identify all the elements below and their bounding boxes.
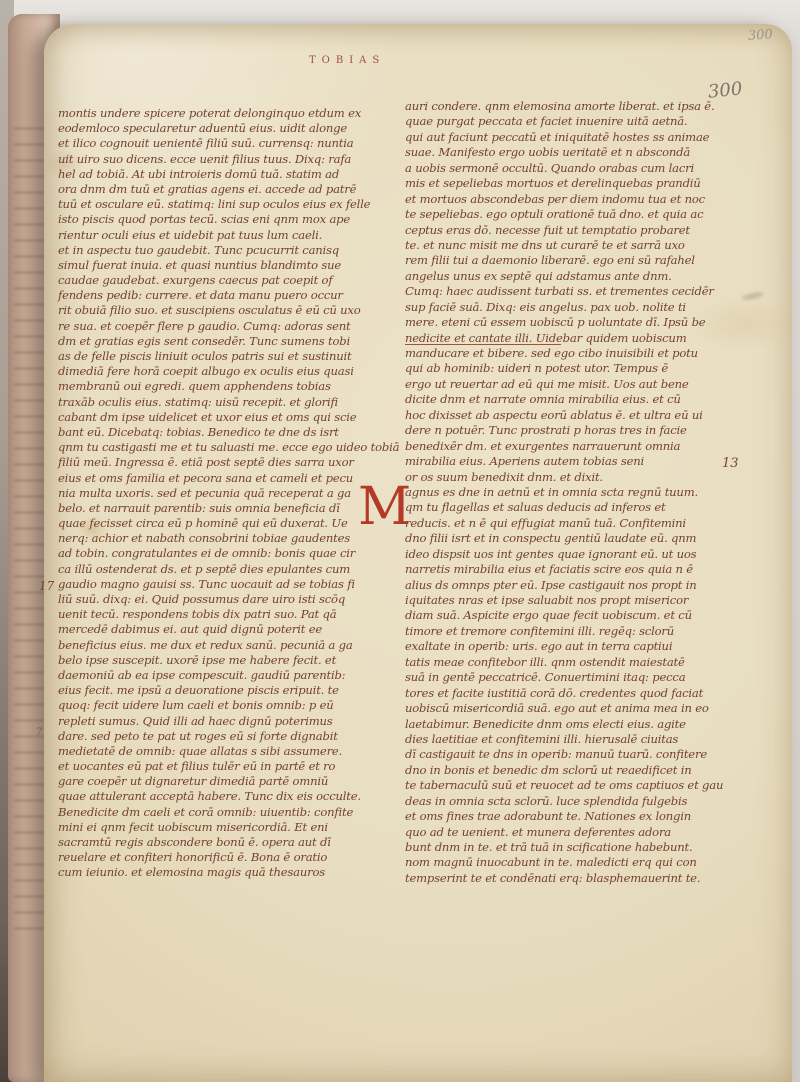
manuscript-line: dere n potuēr. Tunc prostrati p horas tr… <box>405 423 745 438</box>
manuscript-line: agnus es dne in aetnū et in omnia scta r… <box>405 485 745 500</box>
manuscript-line: tuū et osculare eū. statimq: lini sup oc… <box>58 197 394 212</box>
manuscript-line: beneficius eius. me dux et redux sanū. p… <box>58 638 394 653</box>
manuscript-line: et mortuos abscondebas per diem indomu t… <box>405 192 745 207</box>
manuscript-line: reducis. et n ē qui effugiat manū tuā. C… <box>405 516 745 531</box>
text-column-left: montis undere spicere poterat delonginqu… <box>58 106 394 881</box>
manuscript-line: isto piscis quod portas tecū. scias eni … <box>58 212 394 227</box>
manuscript-line: deas in omnia scta sclorū. luce splendid… <box>405 794 745 809</box>
margin-chapter-number-left: 17 <box>39 579 54 593</box>
manuscript-line: uit uiro suo dicens. ecce uenit filius t… <box>58 152 394 167</box>
manuscript-line: tempserint te et condēnati erq: blasphem… <box>405 871 745 886</box>
manuscript-line: medietatē de omnib: quae allatas s sibi … <box>58 744 394 759</box>
manuscript-line: iquitates nras et ipse saluabit nos prop… <box>405 593 745 608</box>
manuscript-line: laetabimur. Benedicite dnm oms electi ei… <box>405 717 745 732</box>
manuscript-line: gare coepēr ut dignaretur dimediā partē … <box>58 774 394 789</box>
manuscript-line: rientur oculi eius et uidebit pat tuus l… <box>58 228 394 243</box>
manuscript-line: filiū meū. Ingressa ē. etiā post septē d… <box>58 455 394 470</box>
gutter-showthrough-text <box>14 120 44 940</box>
manuscript-line: dare. sed peto te pat ut roges eū si for… <box>58 729 394 744</box>
manuscript-line: bunt dnm in te. et trā tuā in scificatio… <box>405 840 745 855</box>
manuscript-line: membranū oui egredi. quem apphendens tob… <box>58 379 394 394</box>
manuscript-line: bant eū. Dicebatq: tobias. Benedico te d… <box>58 425 394 440</box>
manuscript-line: dno filii isrt et in conspectu gentiū la… <box>405 531 745 546</box>
manuscript-line: dm et gratias egis sent consedēr. Tunc s… <box>58 334 394 349</box>
manuscript-line: suae. Manifesto ergo uobis ueritatē et n… <box>405 145 745 160</box>
manuscript-line: quae fecisset circa eū p hominē qui eū d… <box>58 516 394 531</box>
manuscript-line: repleti sumus. Quid illi ad haec dignū p… <box>58 714 394 729</box>
manuscript-line: dī castigauit te dns in operib: manuū tu… <box>405 747 745 762</box>
manuscript-line: dimediā fere horā coepit albugo ex oculi… <box>58 364 394 379</box>
manuscript-line: quoq: fecit uidere lum caeli et bonis om… <box>58 698 394 713</box>
manuscript-line: et ilico cognouit uenientē filiū suū. cu… <box>58 136 394 151</box>
manuscript-line: tores et facite iustitiā corā dō. creden… <box>405 686 745 701</box>
manuscript-line: et oms fines trae adorabunt te. Nationes… <box>405 809 745 824</box>
manuscript-line: as de felle piscis liniuit oculos patris… <box>58 349 394 364</box>
manuscript-line: ad tobin. congratulantes ei de omnib: bo… <box>58 546 394 561</box>
manuscript-line: nom magnū inuocabunt in te. maledicti er… <box>405 855 745 870</box>
manuscript-line: nerq: achior et nabath consobrini tobiae… <box>58 531 394 546</box>
manuscript-line: quae purgat peccata et faciet inuenire u… <box>405 114 745 129</box>
manuscript-line: mercedē dabimus ei. aut quid dignū poter… <box>58 622 394 637</box>
manuscript-line: hel ad tobiā. At ubi introieris domū tuā… <box>58 167 394 182</box>
manuscript-line: uobiscū misericordiā suā. ego aut et ani… <box>405 701 745 716</box>
manuscript-line: qui aut faciunt peccatū et iniquitatē ho… <box>405 130 745 145</box>
manuscript-line: uenit tecū. respondens tobis dix patri s… <box>58 607 394 622</box>
manuscript-line: benedixēr dm. et exurgentes narrauerunt … <box>405 439 745 454</box>
manuscript-line: ceptus eras dō. necesse fuit ut temptati… <box>405 223 745 238</box>
manuscript-line: reuelare et confiteri honorificū ē. Bona… <box>58 850 394 865</box>
manuscript-line: timore et tremore confitemini illi. regē… <box>405 624 745 639</box>
manuscript-line: daemoniū ab ea ipse compescuit. gaudiū p… <box>58 668 394 683</box>
manuscript-line: qnm tu castigasti me et tu saluasti me. … <box>58 440 394 455</box>
chapter-13-initial-M: M <box>358 484 411 532</box>
manuscript-line: hoc dixisset ab aspectu eorū ablatus ē. … <box>405 408 745 423</box>
manuscript-line: eodemloco specularetur aduentū eius. uid… <box>58 121 394 136</box>
manuscript-line: ergo ut reuertar ad eū qui me misit. Uos… <box>405 377 745 392</box>
folio-number-pencil: 300 <box>748 27 774 44</box>
manuscript-line: belo ipse suscepit. uxorē ipse me habere… <box>58 653 394 668</box>
manuscript-line: dno in bonis et benedic dm sclorū ut rea… <box>405 763 745 778</box>
manuscript-line: rit obuiā filio suo. et suscipiens oscul… <box>58 303 394 318</box>
manuscript-line: cum ieiunio. et elemosina magis quā thes… <box>58 865 394 880</box>
manuscript-line: Cumq: haec audissent turbati ss. et trem… <box>405 284 745 299</box>
manuscript-line: belo. et narrauit parentib: suis omnia b… <box>58 501 394 516</box>
manuscript-line: montis undere spicere poterat delonginqu… <box>58 106 394 121</box>
manuscript-line: gaudio magno gauisi ss. Tunc uocauit ad … <box>58 577 394 592</box>
manuscript-line: mirabilia eius. Aperiens autem tobias se… <box>405 454 745 469</box>
manuscript-line: fendens pedib: currere. et data manu pue… <box>58 288 394 303</box>
manuscript-line: or os suum benedixit dnm. et dixit. <box>405 470 745 485</box>
manuscript-line: traxāb oculis eius. statimq: uisū recepi… <box>58 395 394 410</box>
manuscript-line: te tabernaculū suū et reuocet ad te oms … <box>405 778 745 793</box>
manuscript-line: narretis mirabilia eius et faciatis scir… <box>405 562 745 577</box>
running-title: TOBIAS <box>309 55 385 66</box>
manuscript-line: exaltate in operib: uris. ego aut in ter… <box>405 639 745 654</box>
manuscript-line: nedicite et cantate illi. Uidebar quidem… <box>405 331 745 346</box>
manuscript-line: mini ei qnm fecit uobiscum misericordiā.… <box>58 820 394 835</box>
manuscript-line: quae attulerant acceptā habere. Tunc dix… <box>58 789 394 804</box>
manuscript-line: cabant dm ipse uidelicet et uxor eius et… <box>58 410 394 425</box>
manuscript-line: angelus unus ex septē qui adstamus ante … <box>405 269 745 284</box>
manuscript-line: alius ds omnps pter eū. Ipse castigauit … <box>405 578 745 593</box>
manuscript-line: tatis meae confitebor illi. qnm ostendit… <box>405 655 745 670</box>
manuscript-line: eius fecit. me ipsū a deuoratione piscis… <box>58 683 394 698</box>
manuscript-line: auri condere. qnm elemosina amorte liber… <box>405 99 745 114</box>
manuscript-line: caudae gaudebat. exurgens caecus pat coe… <box>58 273 394 288</box>
manuscript-line: Benedicite dm caeli et corā omnib: uiuen… <box>58 805 394 820</box>
manuscript-line: re sua. et coepēr flere p gaudio. Cumq: … <box>58 319 394 334</box>
manuscript-line: te sepeliebas. ego optuli orationē tuā d… <box>405 207 745 222</box>
manuscript-line: ora dnm dm tuū et gratias agens ei. acce… <box>58 182 394 197</box>
manuscript-line: manducare et bibere. sed ego cibo inuisi… <box>405 346 745 361</box>
manuscript-line: dicite dnm et narrate omnia mirabilia ei… <box>405 392 745 407</box>
manuscript-line: et uocantes eū pat et filius tulēr eū in… <box>58 759 394 774</box>
manuscript-line: ca illū ostenderat ds. et p septē dies e… <box>58 562 394 577</box>
manuscript-line: sup faciē suā. Dixq: eis angelus. pax uo… <box>405 300 745 315</box>
manuscript-line: simul fuerat inuia. et quasi nuntius bla… <box>58 258 394 273</box>
manuscript-line: liū suū. dixq: ei. Quid possumus dare ui… <box>58 592 394 607</box>
manuscript-line: nia multa uxoris. sed et pecunia quā rec… <box>58 486 394 501</box>
manuscript-line: sacramtū regis abscondere bonū ē. opera … <box>58 835 394 850</box>
manuscript-line: diam suā. Aspicite ergo quae fecit uobis… <box>405 608 745 623</box>
manuscript-line: suā in gentē peccatricē. Conuertimini it… <box>405 670 745 685</box>
manuscript-line: ideo dispsit uos int gentes quae ignoran… <box>405 547 745 562</box>
manuscript-line: mere. eteni cū essem uobiscū p uoluntate… <box>405 315 745 330</box>
manuscript-line: quo ad te uenient. et munera deferentes … <box>405 825 745 840</box>
manuscript-line: te. et nunc misit me dns ut curarē te et… <box>405 238 745 253</box>
margin-chapter-number-13: 13 <box>722 456 739 471</box>
manuscript-line: eius et oms familia et pecora sana et ca… <box>58 471 394 486</box>
margin-mark-left: 7 <box>36 727 42 738</box>
manuscript-line: dies laetitiae et confitemini illi. hier… <box>405 732 745 747</box>
manuscript-line: qui ab hominib: uideri n potest utor. Te… <box>405 361 745 376</box>
manuscript-line: et in aspectu tuo gaudebit. Tunc pcucurr… <box>58 243 394 258</box>
manuscript-line: mis et sepeliebas mortuos et derelinqueb… <box>405 176 745 191</box>
manuscript-line: rem filii tui a daemonio liberarē. ego e… <box>405 253 745 268</box>
text-column-right: auri condere. qnm elemosina amorte liber… <box>405 99 745 886</box>
manuscript-line: a uobis sermonē occultū. Quando orabas c… <box>405 161 745 176</box>
manuscript-line: qm tu flagellas et saluas deducis ad inf… <box>405 500 745 515</box>
